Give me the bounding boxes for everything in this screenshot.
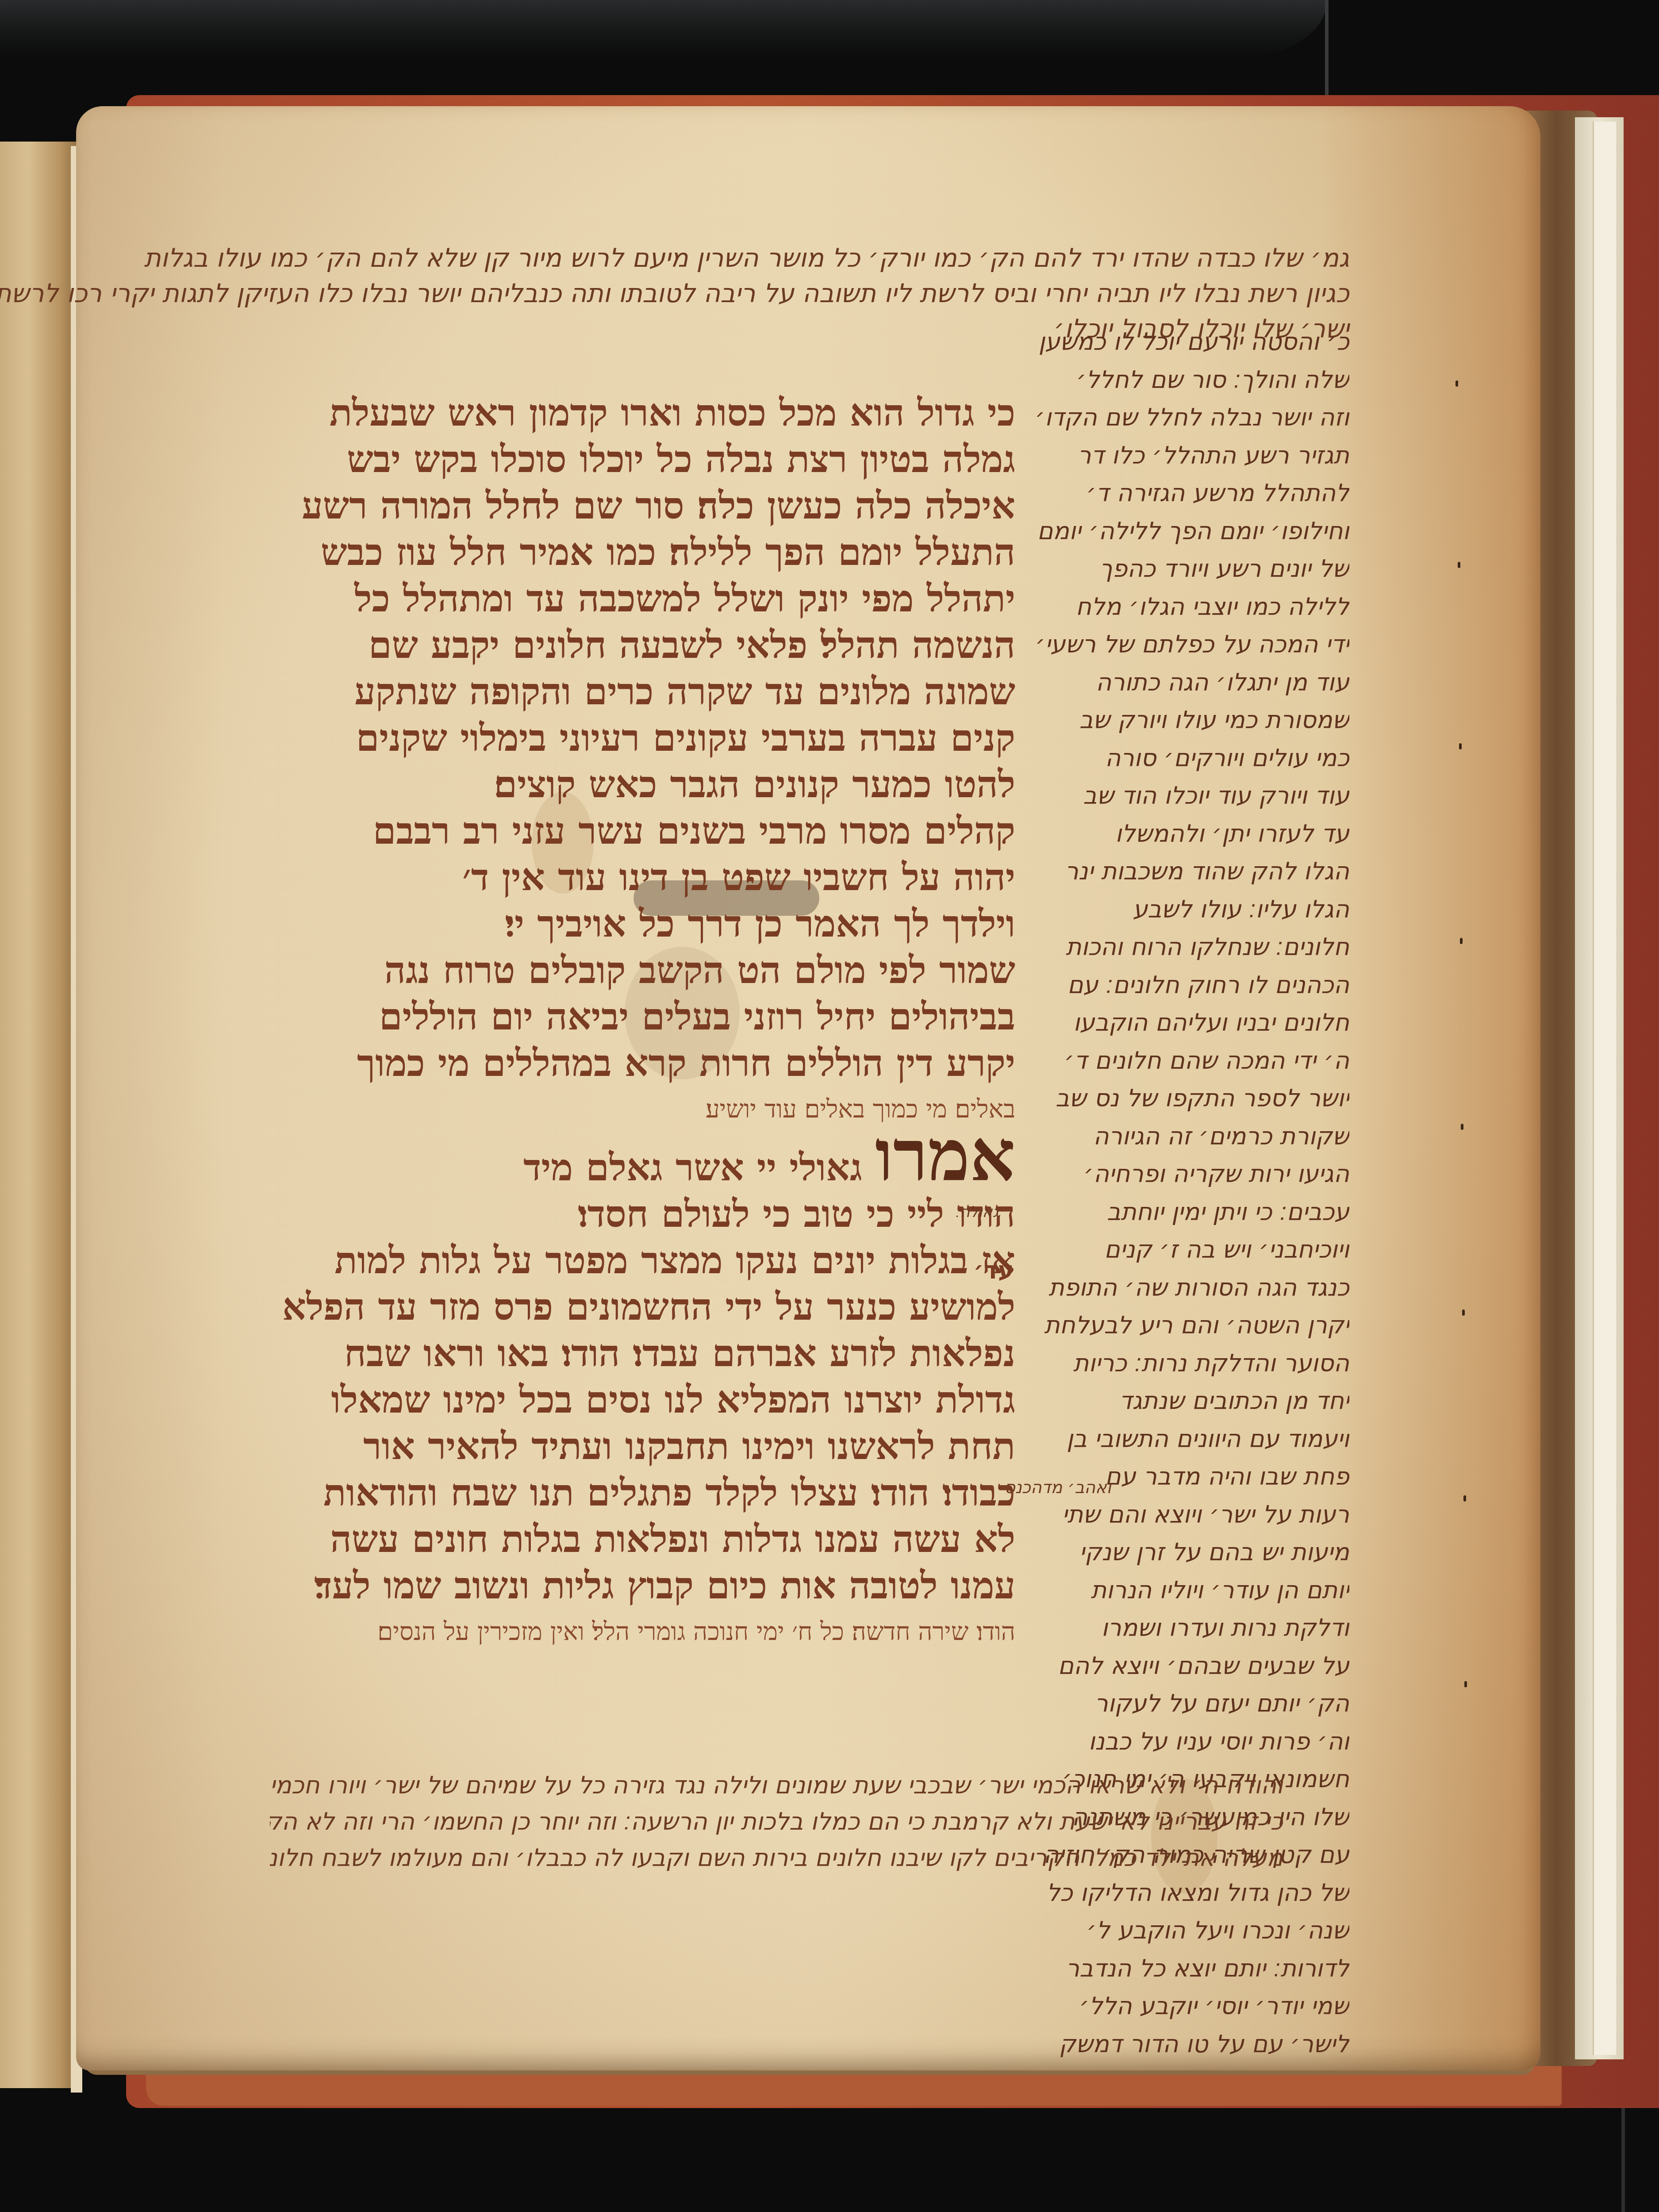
- side-commentary-line: על שבעים שבהם׳ ויוצא להם: [1013, 1647, 1349, 1685]
- main-text-line: כי גדול הוא מכל כסות וארו קדמון ראש שבעל…: [259, 389, 1015, 436]
- side-commentary-line: להתהלל מרשע הגזירה ד׳: [1013, 474, 1349, 512]
- side-commentary-line: רעות על ישר׳ ויוצא והם שתי: [1013, 1496, 1349, 1534]
- side-commentary-line: יותם הן עודר׳ ויוליו הנרות: [1013, 1571, 1349, 1609]
- pricking-mark: [1464, 1681, 1467, 1687]
- main-text-rubric: הודו׃ שירה חדשה׃ כל ח׳ ימי חנוכה גומרי ה…: [259, 1609, 1015, 1655]
- side-commentary-line: וזה יושר נבלה לחלל שם הקדו׳: [1013, 399, 1349, 437]
- main-text-line: שמור לפי מולם הט הקשב קובלים טרוח נגה: [259, 947, 1015, 993]
- side-commentary-line: של כהן גדול ומצאו הדליקו כל: [1013, 1874, 1349, 1912]
- main-text-line: תחת לראשנו וימינו תחבקנו ועתיד להאיר אור: [259, 1423, 1015, 1469]
- side-commentary-line: שמי יודר׳ יוסי׳ יוקבע הלל׳: [1013, 1987, 1349, 2025]
- side-commentary-line: עכבים׃ כי ויתן ימין יוחתב: [1013, 1193, 1349, 1231]
- opening-line-rest: גאולי יי אשר גאלם מיד: [523, 1145, 862, 1189]
- side-commentary-line: של יונים רשע ויורד כהפך: [1013, 550, 1349, 588]
- main-text-line: אז בגלות יונים נעקו ממצר מפטר על גלות למ…: [259, 1237, 1015, 1283]
- pricking-mark: [1463, 1495, 1466, 1502]
- side-commentary-line: עד לעזרו יתן׳ ולהמשלו: [1013, 815, 1349, 853]
- side-commentary-line: הגלו עליו׃ עולו לשבע: [1013, 891, 1349, 929]
- main-text-line: שמונה מלונים עד שקרה כרים והקופה שנתקע: [259, 668, 1015, 714]
- main-text-line: יתהלל מפי יונק ושלל למשכבה עד ומתהלל כל: [259, 575, 1015, 622]
- side-commentary-line: עוד ויורק עוד יוכלו הוד שב: [1013, 777, 1349, 815]
- bottom-commentary: והודה ה׳ ולא שראו הכמי ישר׳ שבכבי שעת שמ…: [270, 1767, 1283, 1876]
- facing-page-left: [0, 142, 80, 2088]
- side-commentary-line: הסוער והדלקת נרות׃ כריות: [1013, 1344, 1349, 1382]
- side-commentary-line: ידי המכה על כפלתם של רשעי׳: [1013, 626, 1349, 664]
- main-text-line: וילדך לך האמר כן דרך כל אויביך יי׃: [259, 900, 1015, 947]
- side-commentary-line: מיעות יש בהם על זרן שנקי: [1013, 1533, 1349, 1571]
- main-text-line: גדולת יוצרנו המפליא לנו נסים בכל ימינו ש…: [259, 1376, 1015, 1423]
- side-commentary-line: תגזיר רשע התהלל׳ כלו דר: [1013, 437, 1349, 475]
- pricking-mark: [1455, 380, 1458, 387]
- main-text-line: הנשמה תהלל׃ פלאי לשבעה חלונים יקבע שם: [259, 622, 1015, 668]
- side-commentary-line: ה׳ ידי המכה שהם חלונים ד׳: [1013, 1042, 1349, 1080]
- side-commentary-line: וה׳ פרות יוסי עניו על כבנו: [1013, 1723, 1349, 1761]
- page-stack-flyleaf: [1593, 122, 1616, 2055]
- side-commentary-line: שלה והולך׃ סור שם לחלל׳: [1013, 361, 1349, 399]
- side-commentary-line: ללילה כמו יוצבי הגלו׳ מלח: [1013, 588, 1349, 626]
- pricking-mark: [1460, 938, 1463, 944]
- main-text-line: התעלל יומם הפך ללילה׃ כמו אמיר חלל עוז כ…: [259, 529, 1015, 575]
- main-text-line: הודו ליי כי טוב כי לעולם חסדו׃: [259, 1190, 1015, 1237]
- bottom-commentary-line: כי זה עבריינו לא ישעת ולא קרמבת כי הם כמ…: [270, 1804, 1283, 1840]
- side-commentary-line: עוד מן יתגלו׳ הגה כתורה: [1013, 664, 1349, 702]
- side-commentary-line: יקרן השטה׳ והם ריע לבעלחת: [1013, 1306, 1349, 1344]
- side-commentary-line: וחילופו׳ יומם הפך ללילה׳ יומם: [1013, 512, 1349, 550]
- opening-word: אמרו: [875, 1133, 1015, 1190]
- side-commentary-line: לישר׳ עם על טו הדור דמשק: [1013, 2025, 1349, 2063]
- side-commentary-line: ויוכיחבני׳ ויש בה ז׳ קנים: [1013, 1231, 1349, 1269]
- marginal-label-ad: עד׳: [973, 1256, 1014, 1284]
- side-commentary-line: ודלקת נרות ועדרו ושמרו: [1013, 1609, 1349, 1647]
- marginal-note: ואהב׳ מדהכנס: [1004, 1478, 1111, 1497]
- pricking-mark: [1458, 562, 1460, 568]
- side-commentary-line: שקורת כרמים׳ זה הגיורה: [1013, 1118, 1349, 1156]
- main-text-line: איכלה כלה כעשן כלה׃ סור שם לחלל המורה רש…: [259, 482, 1015, 529]
- main-text-line: כבודו׃ הודו׃ עצלו לקלד פתגלים תנו שבח וה…: [259, 1469, 1015, 1516]
- side-commentary-line: הגיעו ירות שקריה ופרחיה׳: [1013, 1155, 1349, 1193]
- side-commentary-line: ויעמוד עם היוונים התשובי בן: [1013, 1420, 1349, 1458]
- main-text-line: קנים עברה בערבי עקונים רעיוני בימלוי שקנ…: [259, 714, 1015, 761]
- side-commentary-line: שמסורת כמי עולו ויורק שב: [1013, 701, 1349, 739]
- side-commentary-line: לדורות׃ יותם יוצא כל הנדבר: [1013, 1950, 1349, 1988]
- pricking-mark: [1462, 1310, 1465, 1316]
- side-commentary-line: חלונים יבניו ועליהם הוקבעו: [1013, 1004, 1349, 1042]
- pricking-mark: [1459, 743, 1462, 749]
- side-commentary-line: הכהנים לו רחוק חלונים׃ עם: [1013, 966, 1349, 1004]
- main-text-line: בביהולים יחיל רוזני בעלים יביאה יום הולל…: [259, 993, 1015, 1040]
- main-text-line: יקרע דין הוללים חרות קרא במהללים מי כמוך: [259, 1040, 1015, 1086]
- main-text-line: יהוה על חשביו שפט בן דינו עוד אין ד׳: [259, 854, 1015, 900]
- main-text-line: גמלה בטיון רצת נבלה כל יוכלו סוכלו בקש י…: [259, 436, 1015, 482]
- pricking-mark: [1461, 1124, 1463, 1130]
- marginal-label-geulah: גאולה׃: [956, 1203, 999, 1221]
- bottom-commentary-line: והודה ה׳ ולא שראו הכמי ישר׳ שבכבי שעת שמ…: [270, 1767, 1283, 1804]
- main-text-line: עמנו לטובה אות כיום קבוץ גליות ונשוב שמו…: [259, 1562, 1015, 1609]
- main-text-line: לא עשה עמנו גדלות ונפלאות בגלות חונים עש…: [259, 1516, 1015, 1562]
- background-sheen: [0, 0, 1327, 58]
- main-text-refrain: באלים׃ מי כמוך באלים׃ עוד יושיע׃: [259, 1086, 1015, 1133]
- side-commentary-line: כמי עולים ויורקים׳ סורה: [1013, 739, 1349, 777]
- side-commentary-line: שנה׳ ונכרו ויעל הוקבע ל׳: [1013, 1912, 1349, 1950]
- bottom-commentary-line: מעלה את ילד כמלו הקריבים לקו שיבנו חלוני…: [270, 1840, 1283, 1876]
- main-text-line: נפלאות לזרע אברהם עבדו׃ הודו׃ באו וראו ש…: [259, 1330, 1015, 1376]
- side-commentary-line: כנגד הגה הסורות שה׳ התופת: [1013, 1269, 1349, 1307]
- main-text-line: להטו כמער קנונים הגבר כאש קוצים׃: [259, 761, 1015, 807]
- side-commentary-line: כ׳ והסטה יורעם יוכל לו כמשען: [1013, 323, 1349, 361]
- background-divider: [1325, 0, 1329, 111]
- side-commentary-line: הק׳ יותם יעזם על לעקור: [1013, 1685, 1349, 1723]
- side-commentary-line: הגלו להק שהוד משכבות ינר: [1013, 853, 1349, 891]
- side-commentary-line: יושר לספר התקפו של נס שב: [1013, 1079, 1349, 1118]
- side-commentary-line: יחד מן הכתובים שנתגד: [1013, 1382, 1349, 1420]
- main-text-opening-line: אמרו גאולי יי אשר גאלם מיד: [259, 1133, 1015, 1190]
- main-text-line: למושיע כנער על ידי החשמונים פרס מזר עד ה…: [259, 1283, 1015, 1330]
- main-text-line: קהלים מסרו מרבי בשנים עשר עזני רב רבבם: [259, 807, 1015, 854]
- side-commentary-line: חלונים׃ שנחלקו הרוח והכות: [1013, 928, 1349, 966]
- main-text-block: כי גדול הוא מכל כסות וארו קדמון ראש שבעל…: [259, 389, 1015, 1655]
